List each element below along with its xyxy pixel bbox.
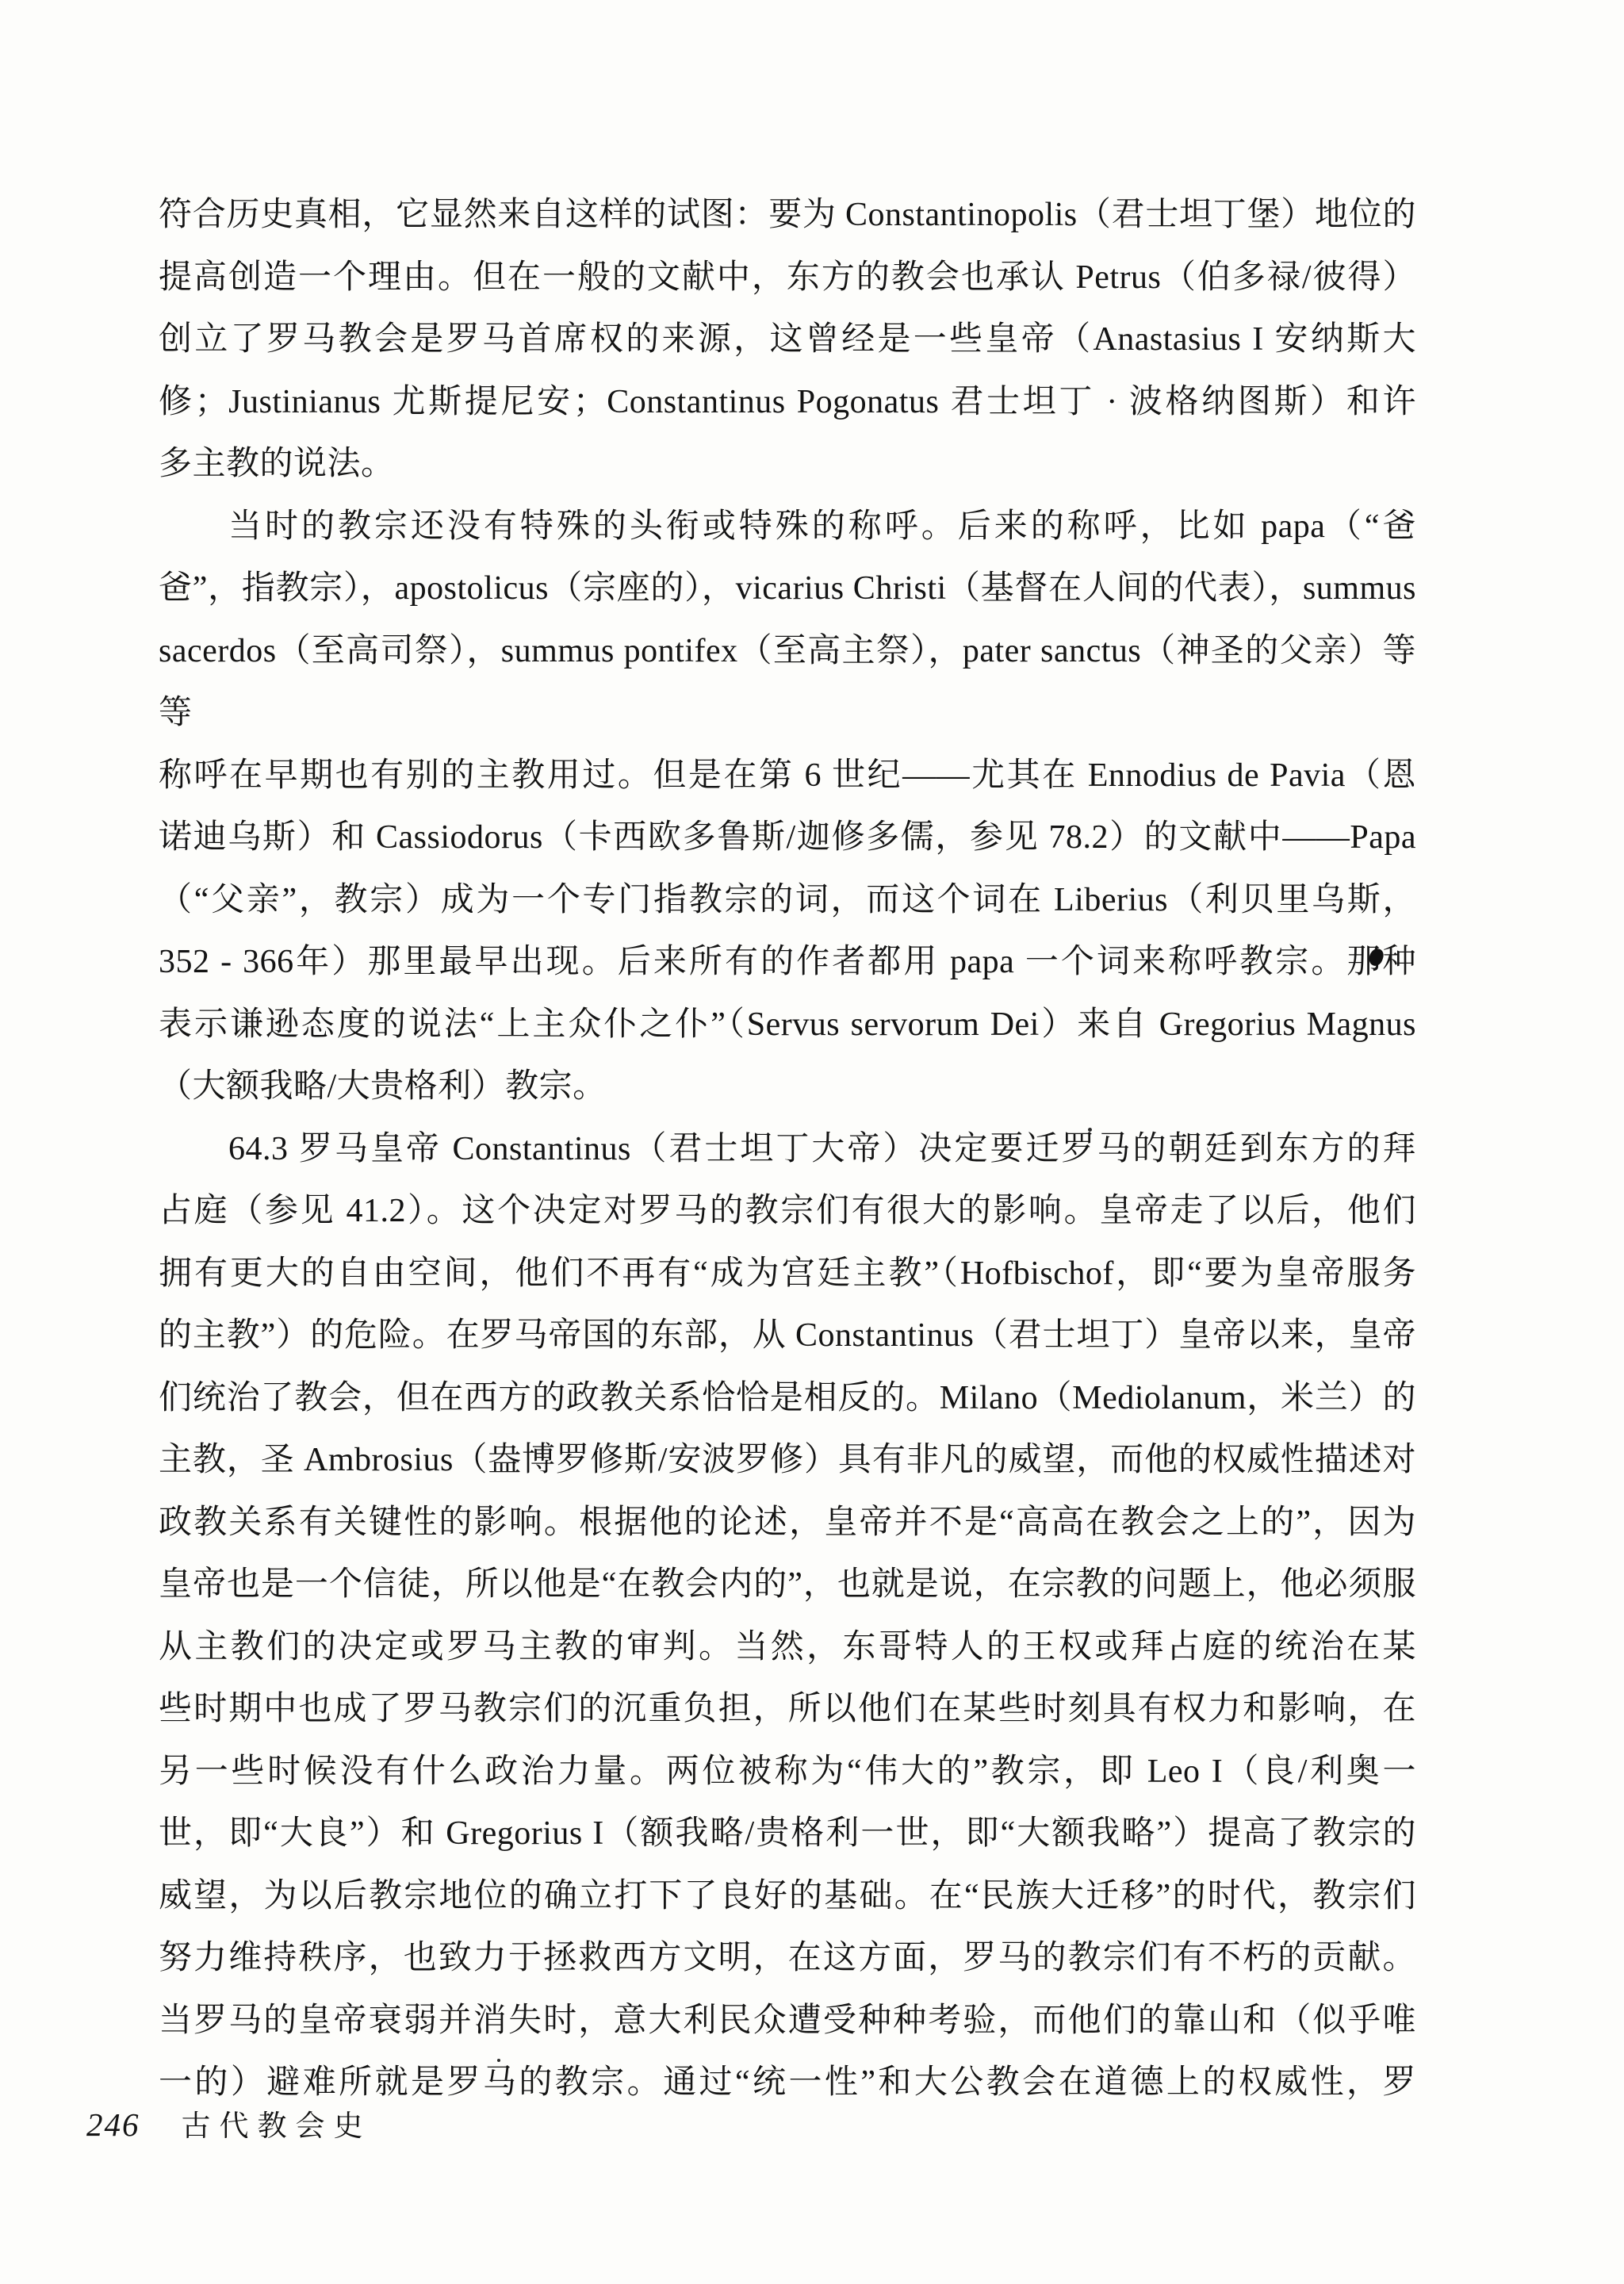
- page-number: 246: [86, 2106, 140, 2144]
- text-line: 政教关系有关键性的影响。根据他的论述，皇帝并不是“高高在教会之上的”，因为: [159, 1492, 1416, 1554]
- text-line: （大额我略/大贵格利）教宗。: [159, 1056, 1416, 1118]
- text-line: 创立了罗马教会是罗马首席权的来源，这曾经是一些皇帝（Anastasius I 安…: [159, 308, 1416, 371]
- text-line: 威望，为以后教宗地位的确立打下了良好的基础。在“民族大迁移”的时代，教宗们: [159, 1865, 1416, 1928]
- text-line: sacerdos（至高司祭），summus pontifex（至高主祭），pat…: [159, 620, 1416, 745]
- text-line: 皇帝也是一个信徒，所以他是“在教会内的”，也就是说，在宗教的问题上，他必须服: [159, 1554, 1416, 1616]
- text-line: 称呼在早期也有别的主教用过。但是在第 6 世纪——尤其在 Ennodius de…: [159, 745, 1416, 807]
- text-line: 当罗马的皇帝衰弱并消失时，意大利民众遭受种种考验，而他们的靠山和（似乎唯: [159, 1990, 1416, 2052]
- text-line: 占庭（参见 41.2）。这个决定对罗马的教宗们有很大的影响。皇帝走了以后，他们: [159, 1180, 1416, 1243]
- text-line section-start-64-3: 64.3 罗马皇帝 Constantinus（君士坦丁大帝）决定要迁罗马的朝廷到…: [159, 1118, 1416, 1181]
- text-line: 的主教”）的危险。在罗马帝国的东部，从 Constantinus（君士坦丁）皇帝…: [159, 1305, 1416, 1367]
- text-line: 们统治了教会，但在西方的政教关系恰恰是相反的。Milano（Mediolanum…: [159, 1367, 1416, 1430]
- text-line: 表示谦逊态度的说法“上主众仆之仆”（Servus servorum Dei）来自…: [159, 994, 1416, 1056]
- text-line: 从主教们的决定或罗马主教的审判。当然，东哥特人的王权或拜占庭的统治在某: [159, 1616, 1416, 1679]
- page-footer: 246 古代教会史: [86, 2102, 372, 2144]
- text-line: 提高创造一个理由。但在一般的文献中，东方的教会也承认 Petrus（伯多禄/彼得…: [159, 247, 1416, 309]
- text-line: 多主教的说法。: [159, 433, 1416, 496]
- scan-speck: [497, 2059, 500, 2062]
- text-line: （“父亲”，教宗）成为一个专门指教宗的词，而这个词在 Liberius（利贝里乌…: [159, 869, 1416, 932]
- page-body: 符合历史真相，它显然来自这样的试图：要为 Constantinopolis（君士…: [159, 184, 1416, 2114]
- text-line: 352 - 366年）那里最早出现。后来所有的作者都用 papa 一个词来称呼教…: [159, 931, 1416, 994]
- scan-speck: [1088, 1128, 1092, 1132]
- text-line: 些时期中也成了罗马教宗们的沉重负担，所以他们在某些时刻具有权力和影响，在: [159, 1678, 1416, 1741]
- text-line: 另一些时候没有什么政治力量。两位被称为“伟大的”教宗，即 Leo I（良/利奥一: [159, 1741, 1416, 1803]
- text-line: 爸”，指教宗），apostolicus（宗座的），vicarius Christ…: [159, 558, 1416, 620]
- text-line: 诺迪乌斯）和 Cassiodorus（卡西欧多鲁斯/迦修多儒，参见 78.2）的…: [159, 807, 1416, 869]
- text-line paragraph-start: 当时的教宗还没有特殊的头衔或特殊的称呼。后来的称呼，比如 papa（“爸: [159, 496, 1416, 558]
- text-line: 符合历史真相，它显然来自这样的试图：要为 Constantinopolis（君士…: [159, 184, 1416, 247]
- text-line: 拥有更大的自由空间，他们不再有“成为宫廷主教”（Hofbischof，即“要为皇…: [159, 1243, 1416, 1305]
- text-line: 努力维持秩序，也致力于拯救西方文明，在这方面，罗马的教宗们有不朽的贡献。: [159, 1927, 1416, 1990]
- text-line: 世，即“大良”）和 Gregorius I（额我略/贵格利一世，即“大额我略”）…: [159, 1803, 1416, 1865]
- book-title: 古代教会史: [182, 2102, 372, 2144]
- text-line: 主教，圣 Ambrosius（盎博罗修斯/安波罗修）具有非凡的威望，而他的权威性…: [159, 1429, 1416, 1492]
- book-page: 符合历史真相，它显然来自这样的试图：要为 Constantinopolis（君士…: [0, 0, 1624, 2284]
- text-line: 修；Justinianus 尤斯提尼安；Constantinus Pogonat…: [159, 371, 1416, 434]
